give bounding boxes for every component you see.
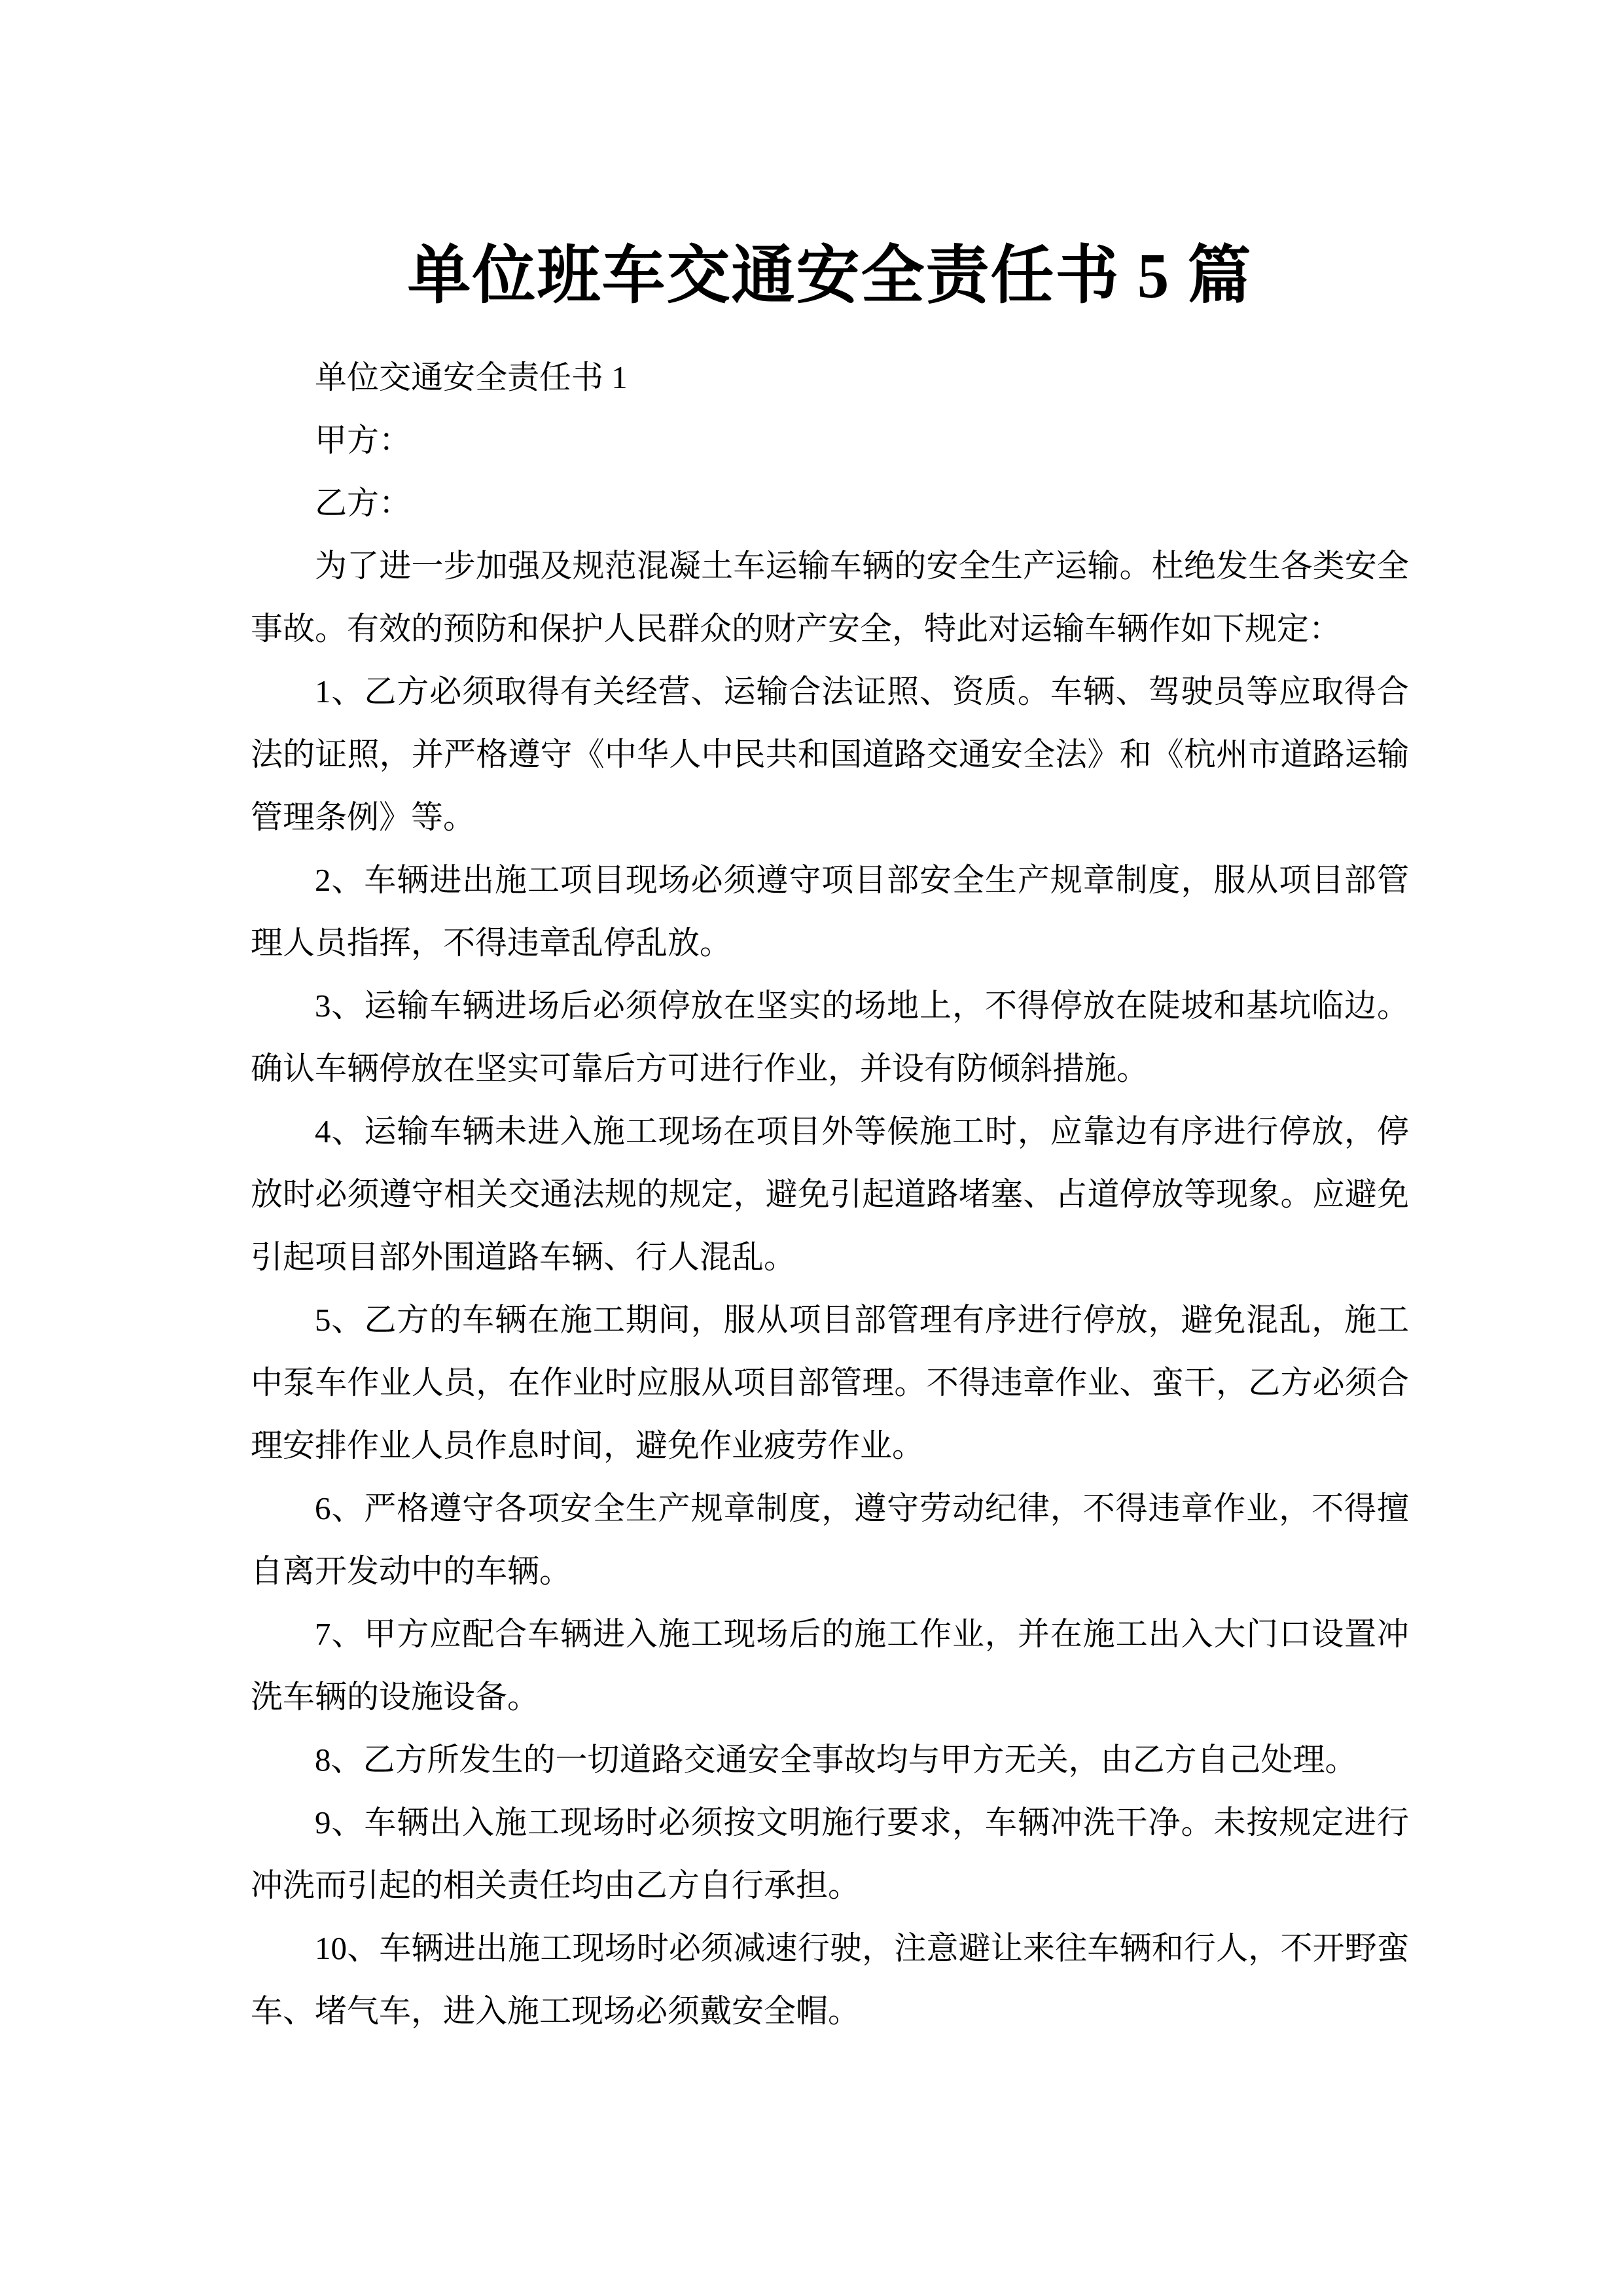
document-page: 单位班车交通安全责任书 5 篇 单位交通安全责任书 1 甲方： 乙方： 为了进一… <box>0 0 1623 2296</box>
party-b-line: 乙方： <box>251 472 1409 535</box>
clause-paragraph: 4、运输车辆未进入施工现场在项目外等候施工时，应靠边有序进行停放，停放时必须遵守… <box>251 1100 1409 1289</box>
clause-paragraph: 3、运输车辆进场后必须停放在坚实的场地上，不得停放在陡坡和基坑临边。确认车辆停放… <box>251 975 1409 1100</box>
section-heading: 单位交通安全责任书 1 <box>251 346 1409 409</box>
clause-paragraph: 2、车辆进出施工项目现场必须遵守项目部安全生产规章制度，服从项目部管理人员指挥，… <box>251 849 1409 975</box>
clause-paragraph: 8、乙方所发生的一切道路交通安全事故均与甲方无关，由乙方自己处理。 <box>251 1729 1409 1791</box>
clause-paragraph: 1、乙方必须取得有关经营、运输合法证照、资质。车辆、驾驶员等应取得合法的证照，并… <box>251 660 1409 849</box>
clause-paragraph: 6、严格遵守各项安全生产规章制度，遵守劳动纪律，不得违章作业，不得擅自离开发动中… <box>251 1477 1409 1603</box>
clause-paragraph: 7、甲方应配合车辆进入施工现场后的施工作业，并在施工出入大门口设置冲洗车辆的设施… <box>251 1603 1409 1729</box>
document-body: 单位交通安全责任书 1 甲方： 乙方： 为了进一步加强及规范混凝土车运输车辆的安… <box>251 346 1409 2043</box>
clause-paragraph: 5、乙方的车辆在施工期间，服从项目部管理有序进行停放，避免混乱，施工中泵车作业人… <box>251 1289 1409 1477</box>
clause-paragraph: 10、车辆进出施工现场时必须减速行驶，注意避让来往车辆和行人，不开野蛮车、堵气车… <box>251 1917 1409 2043</box>
clause-list: 1、乙方必须取得有关经营、运输合法证照、资质。车辆、驾驶员等应取得合法的证照，并… <box>251 660 1409 2043</box>
clause-paragraph: 9、车辆出入施工现场时必须按文明施行要求，车辆冲洗干净。未按规定进行冲洗而引起的… <box>251 1791 1409 1917</box>
document-title: 单位班车交通安全责任书 5 篇 <box>251 238 1409 315</box>
party-a-line: 甲方： <box>251 409 1409 472</box>
intro-paragraph: 为了进一步加强及规范混凝土车运输车辆的安全生产运输。杜绝发生各类安全事故。有效的… <box>251 535 1409 660</box>
